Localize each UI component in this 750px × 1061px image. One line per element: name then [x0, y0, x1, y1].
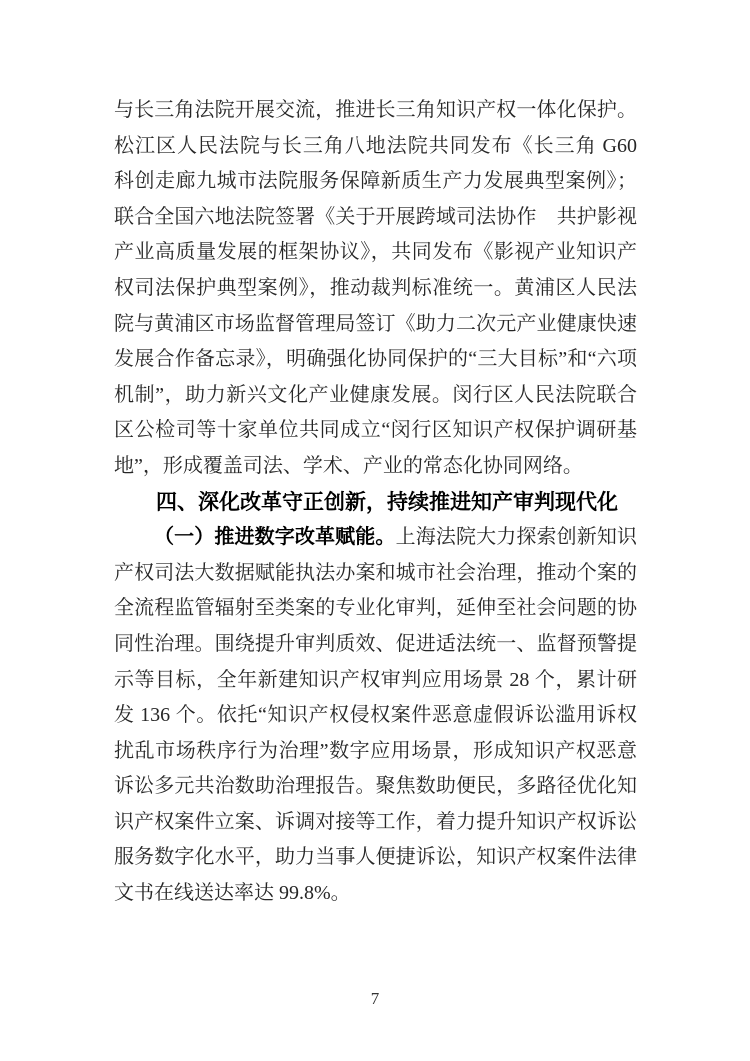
- page-number: 7: [0, 989, 750, 1009]
- paragraph-digital-reform: （一）推进数字改革赋能。上海法院大力探索创新知识产权司法大数据赋能执法办案和城市…: [114, 520, 637, 912]
- paragraph-digital-reform-text: 上海法院大力探索创新知识产权司法大数据赋能执法办案和城市社会治理，推动个案的全流…: [114, 526, 637, 904]
- paragraph-regional-cooperation: 与长三角法院开展交流，推进长三角知识产权一体化保护。松江区人民法院与长三角八地法…: [114, 93, 637, 485]
- document-page: 与长三角法院开展交流，推进长三角知识产权一体化保护。松江区人民法院与长三角八地法…: [0, 0, 750, 1061]
- paragraph-digital-reform-lead: （一）推进数字改革赋能。: [154, 526, 396, 548]
- section-heading-four: 四、深化改革守正创新，持续推进知产审判现代化: [114, 485, 637, 521]
